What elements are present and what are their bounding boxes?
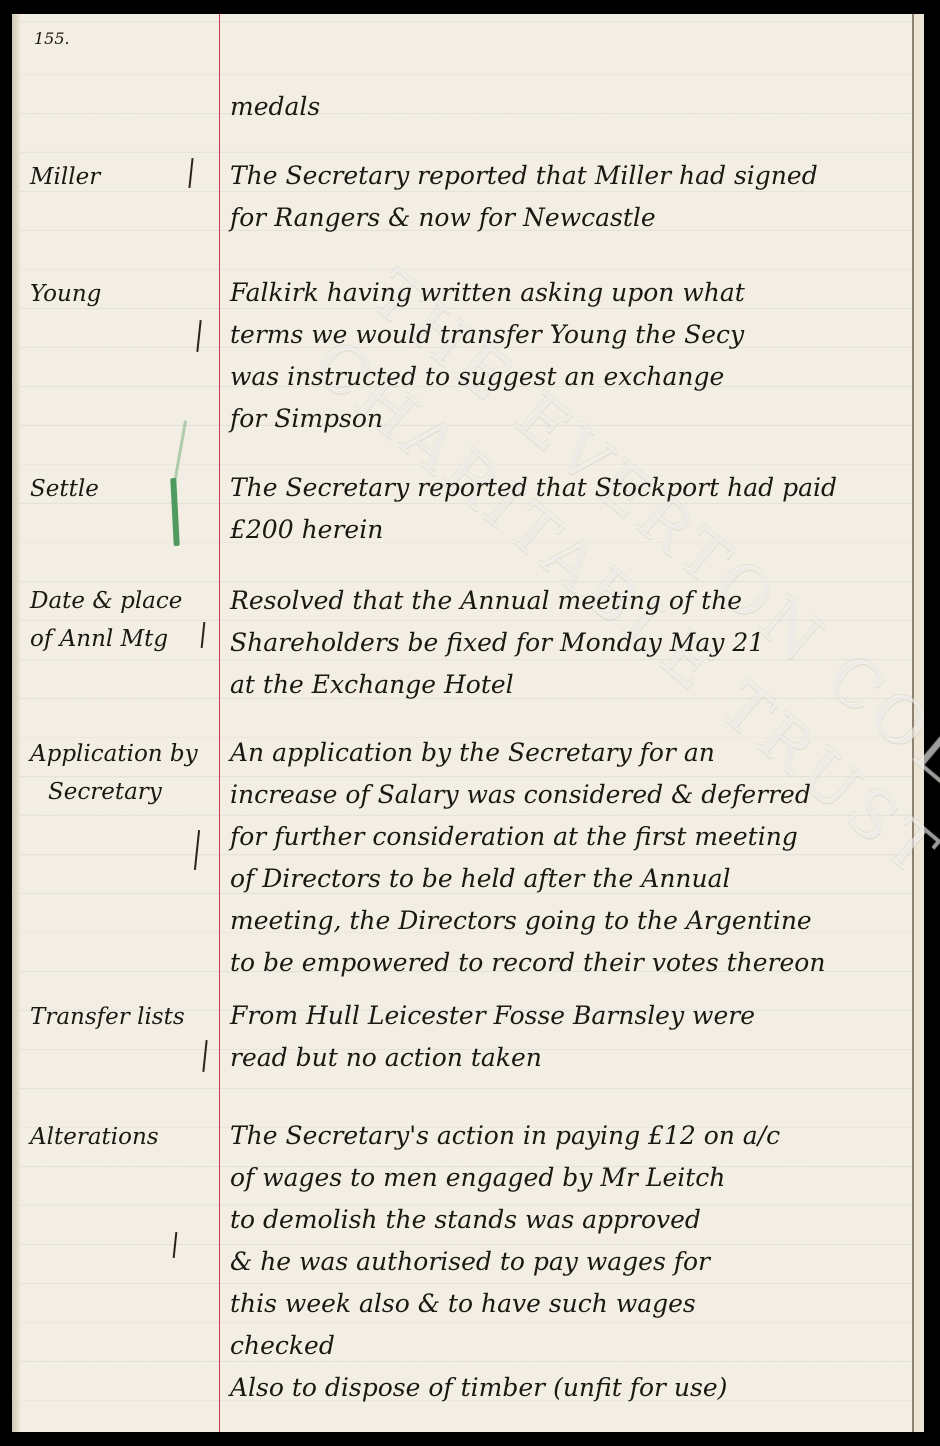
entry-line: Resolved that the Annual meeting of the (230, 580, 900, 622)
margin-note-application: Application by Secretary (30, 735, 215, 811)
margin-note-line: Young (30, 281, 101, 307)
entry-line: of wages to men engaged by Mr Leitch (230, 1157, 900, 1199)
entry-line: An application by the Secretary for an (230, 732, 900, 774)
entry-line: Falkirk having written asking upon what (230, 272, 900, 314)
entry-line: for Simpson (230, 398, 900, 440)
entry-line: to demolish the stands was approved (230, 1199, 900, 1241)
entry-line: of Directors to be held after the Annual (230, 858, 900, 900)
entry-line: Also to dispose of timber (unfit for use… (230, 1367, 900, 1409)
entry-line: at the Exchange Hotel (230, 664, 900, 706)
entry-line: increase of Salary was considered & defe… (230, 774, 900, 816)
margin-note-young: Young (30, 275, 215, 313)
entry-line: for Rangers & now for Newcastle (230, 197, 900, 239)
minute-entry-application: An application by the Secretary for an i… (230, 732, 900, 984)
margin-note-alterations: Alterations (30, 1118, 215, 1156)
entry-line: terms we would transfer Young the Secy (230, 314, 900, 356)
margin-note-line: Miller (30, 164, 100, 190)
entry-line: The Secretary reported that Stockport ha… (230, 467, 900, 509)
margin-note-annual-meeting: Date & place of Annl Mtg (30, 582, 215, 658)
margin-note-line: Settle (30, 476, 99, 502)
minute-entry-alterations: The Secretary's action in paying £12 on … (230, 1115, 900, 1409)
entry-line: to be empowered to record their votes th… (230, 942, 900, 984)
margin-note-miller: Miller (30, 158, 215, 196)
entry-line: The Secretary reported that Miller had s… (230, 155, 900, 197)
margin-note-line: Alterations (30, 1124, 159, 1150)
entry-line: From Hull Leicester Fosse Barnsley were (230, 995, 900, 1037)
continuation-text: medals (230, 86, 320, 128)
margin-note-transfer-lists: Transfer lists (30, 998, 215, 1036)
minute-entry-settle: The Secretary reported that Stockport ha… (230, 467, 900, 551)
page-fore-edge (912, 14, 924, 1432)
entry-line: this week also & to have such wages (230, 1283, 900, 1325)
minute-entry-miller: The Secretary reported that Miller had s… (230, 155, 900, 239)
entry-line: meeting, the Directors going to the Arge… (230, 900, 900, 942)
entry-line: & he was authorised to pay wages for (230, 1241, 900, 1283)
red-margin-rule (219, 14, 220, 1432)
margin-note-line: of Annl Mtg (30, 620, 215, 658)
margin-note-line: Transfer lists (30, 1004, 185, 1030)
minute-entry-transfer-lists: From Hull Leicester Fosse Barnsley were … (230, 995, 900, 1079)
page-gutter-edge (12, 14, 20, 1432)
entry-line: The Secretary's action in paying £12 on … (230, 1115, 900, 1157)
entry-line: £200 herein (230, 509, 900, 551)
entry-line: was instructed to suggest an exchange (230, 356, 900, 398)
entry-line: checked (230, 1325, 900, 1367)
entry-line: for further consideration at the first m… (230, 816, 900, 858)
entry-line: read but no action taken (230, 1037, 900, 1079)
minute-entry-young: Falkirk having written asking upon what … (230, 272, 900, 440)
entry-line: Shareholders be fixed for Monday May 21 (230, 622, 900, 664)
minute-entry-annual-meeting: Resolved that the Annual meeting of the … (230, 580, 900, 706)
margin-note-settle: Settle (30, 470, 215, 508)
margin-note-line: Secretary (30, 773, 215, 811)
margin-note-line: Date & place (30, 582, 215, 620)
margin-note-line: Application by (30, 735, 215, 773)
page-number: 155. (34, 18, 70, 60)
